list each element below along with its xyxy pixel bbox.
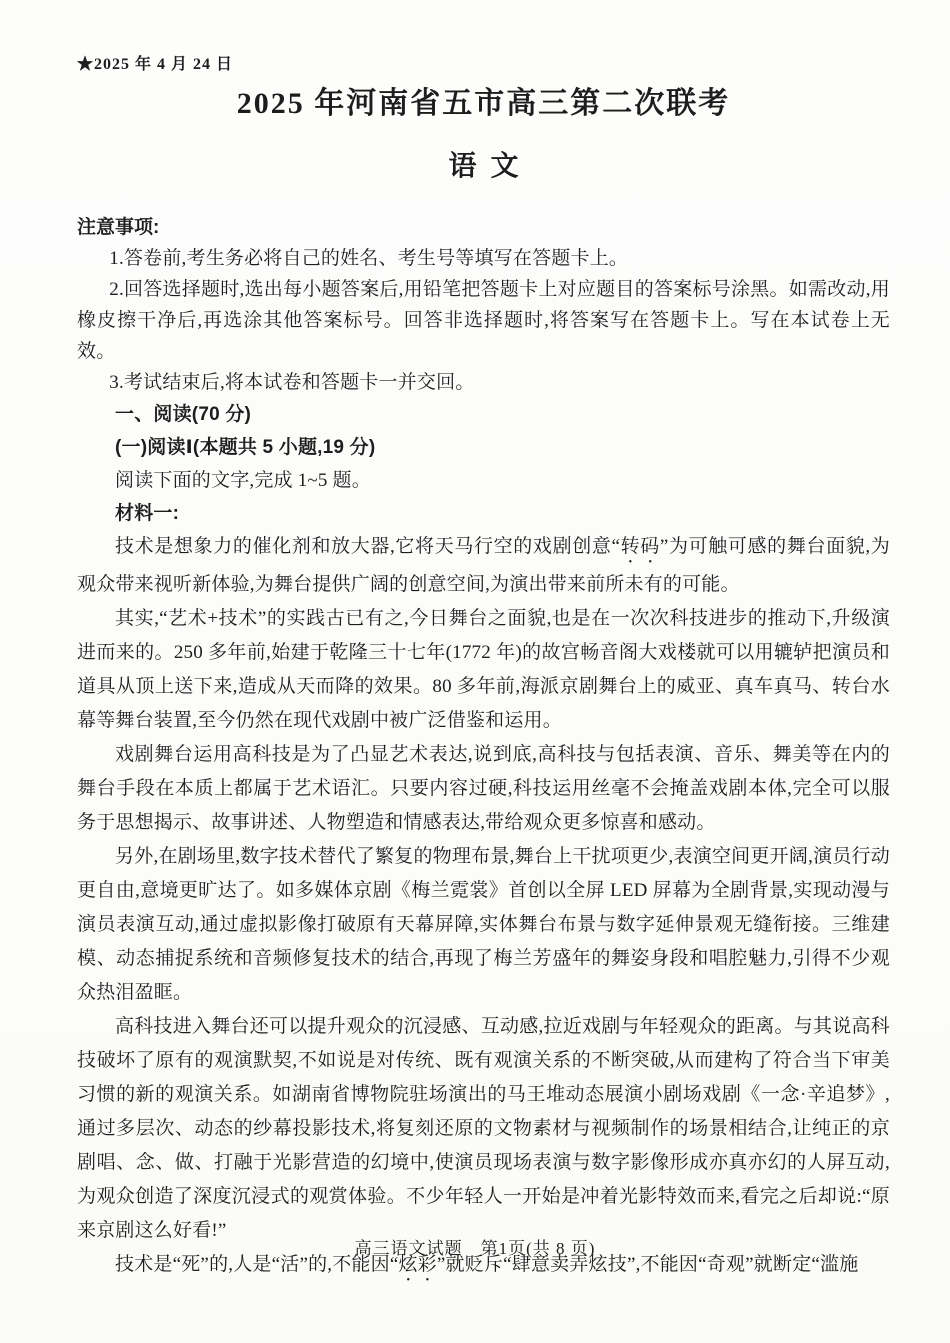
section-heading-reading: 一、阅读(70 分) (77, 398, 890, 431)
exam-title: 2025 年河南省五市高三第二次联考 (77, 84, 890, 124)
page-footer: 高三语文试题 第1页(共 8 页) (0, 1237, 950, 1260)
material-paragraph: 其实,“艺术+技术”的实践古已有之,今日舞台之面貌,也是在一次次科技进步的推动下… (77, 602, 890, 738)
page-content: ★2025 年 4 月 24 日 2025 年河南省五市高三第二次联考 语文 注… (0, 54, 950, 1286)
notice-heading: 注意事项: (77, 212, 890, 243)
notice-item: 2.回答选择题时,选出每小题答案后,用铅笔把答题卡上对应题目的答案标号涂黑。如需… (77, 274, 890, 367)
exam-paper-page: ★2025 年 4 月 24 日 2025 年河南省五市高三第二次联考 语文 注… (0, 0, 950, 1343)
material-one-label: 材料一: (77, 497, 890, 530)
material-paragraph: 另外,在剧场里,数字技术替代了繁复的物理布景,舞台上干扰项更少,表演空间更开阔,… (77, 840, 890, 1010)
notice-section: 注意事项: 1.答卷前,考生务必将自己的姓名、考生号等填写在答题卡上。2.回答选… (77, 212, 890, 398)
material-paragraph: 高科技进入舞台还可以提升观众的沉浸感、互动感,拉近戏剧与年轻观众的距离。与其说高… (77, 1010, 890, 1248)
material-paragraph: 戏剧舞台运用高科技是为了凸显艺术表达,说到底,高科技与包括表演、音乐、舞美等在内… (77, 738, 890, 840)
notice-items: 1.答卷前,考生务必将自己的姓名、考生号等填写在答题卡上。2.回答选择题时,选出… (77, 243, 890, 398)
notice-item: 3.考试结束后,将本试卷和答题卡一并交回。 (77, 367, 890, 398)
exam-date: ★2025 年 4 月 24 日 (77, 54, 890, 76)
material-paragraph: 技术是想象力的催化剂和放大器,它将天马行空的戏剧创意“转码”为可触可感的舞台面貌… (77, 530, 890, 602)
exam-subject: 语文 (77, 148, 890, 186)
emphasized-text: 转码 (620, 536, 660, 557)
material-one-paragraphs: 技术是想象力的催化剂和放大器,它将天马行空的戏剧创意“转码”为可触可感的舞台面貌… (77, 530, 890, 1286)
subsection-heading-reading-1: (一)阅读Ⅰ(本题共 5 小题,19 分) (77, 431, 890, 464)
notice-item: 1.答卷前,考生务必将自己的姓名、考生号等填写在答题卡上。 (77, 243, 890, 274)
reading-instruction: 阅读下面的文字,完成 1~5 题。 (77, 464, 890, 497)
